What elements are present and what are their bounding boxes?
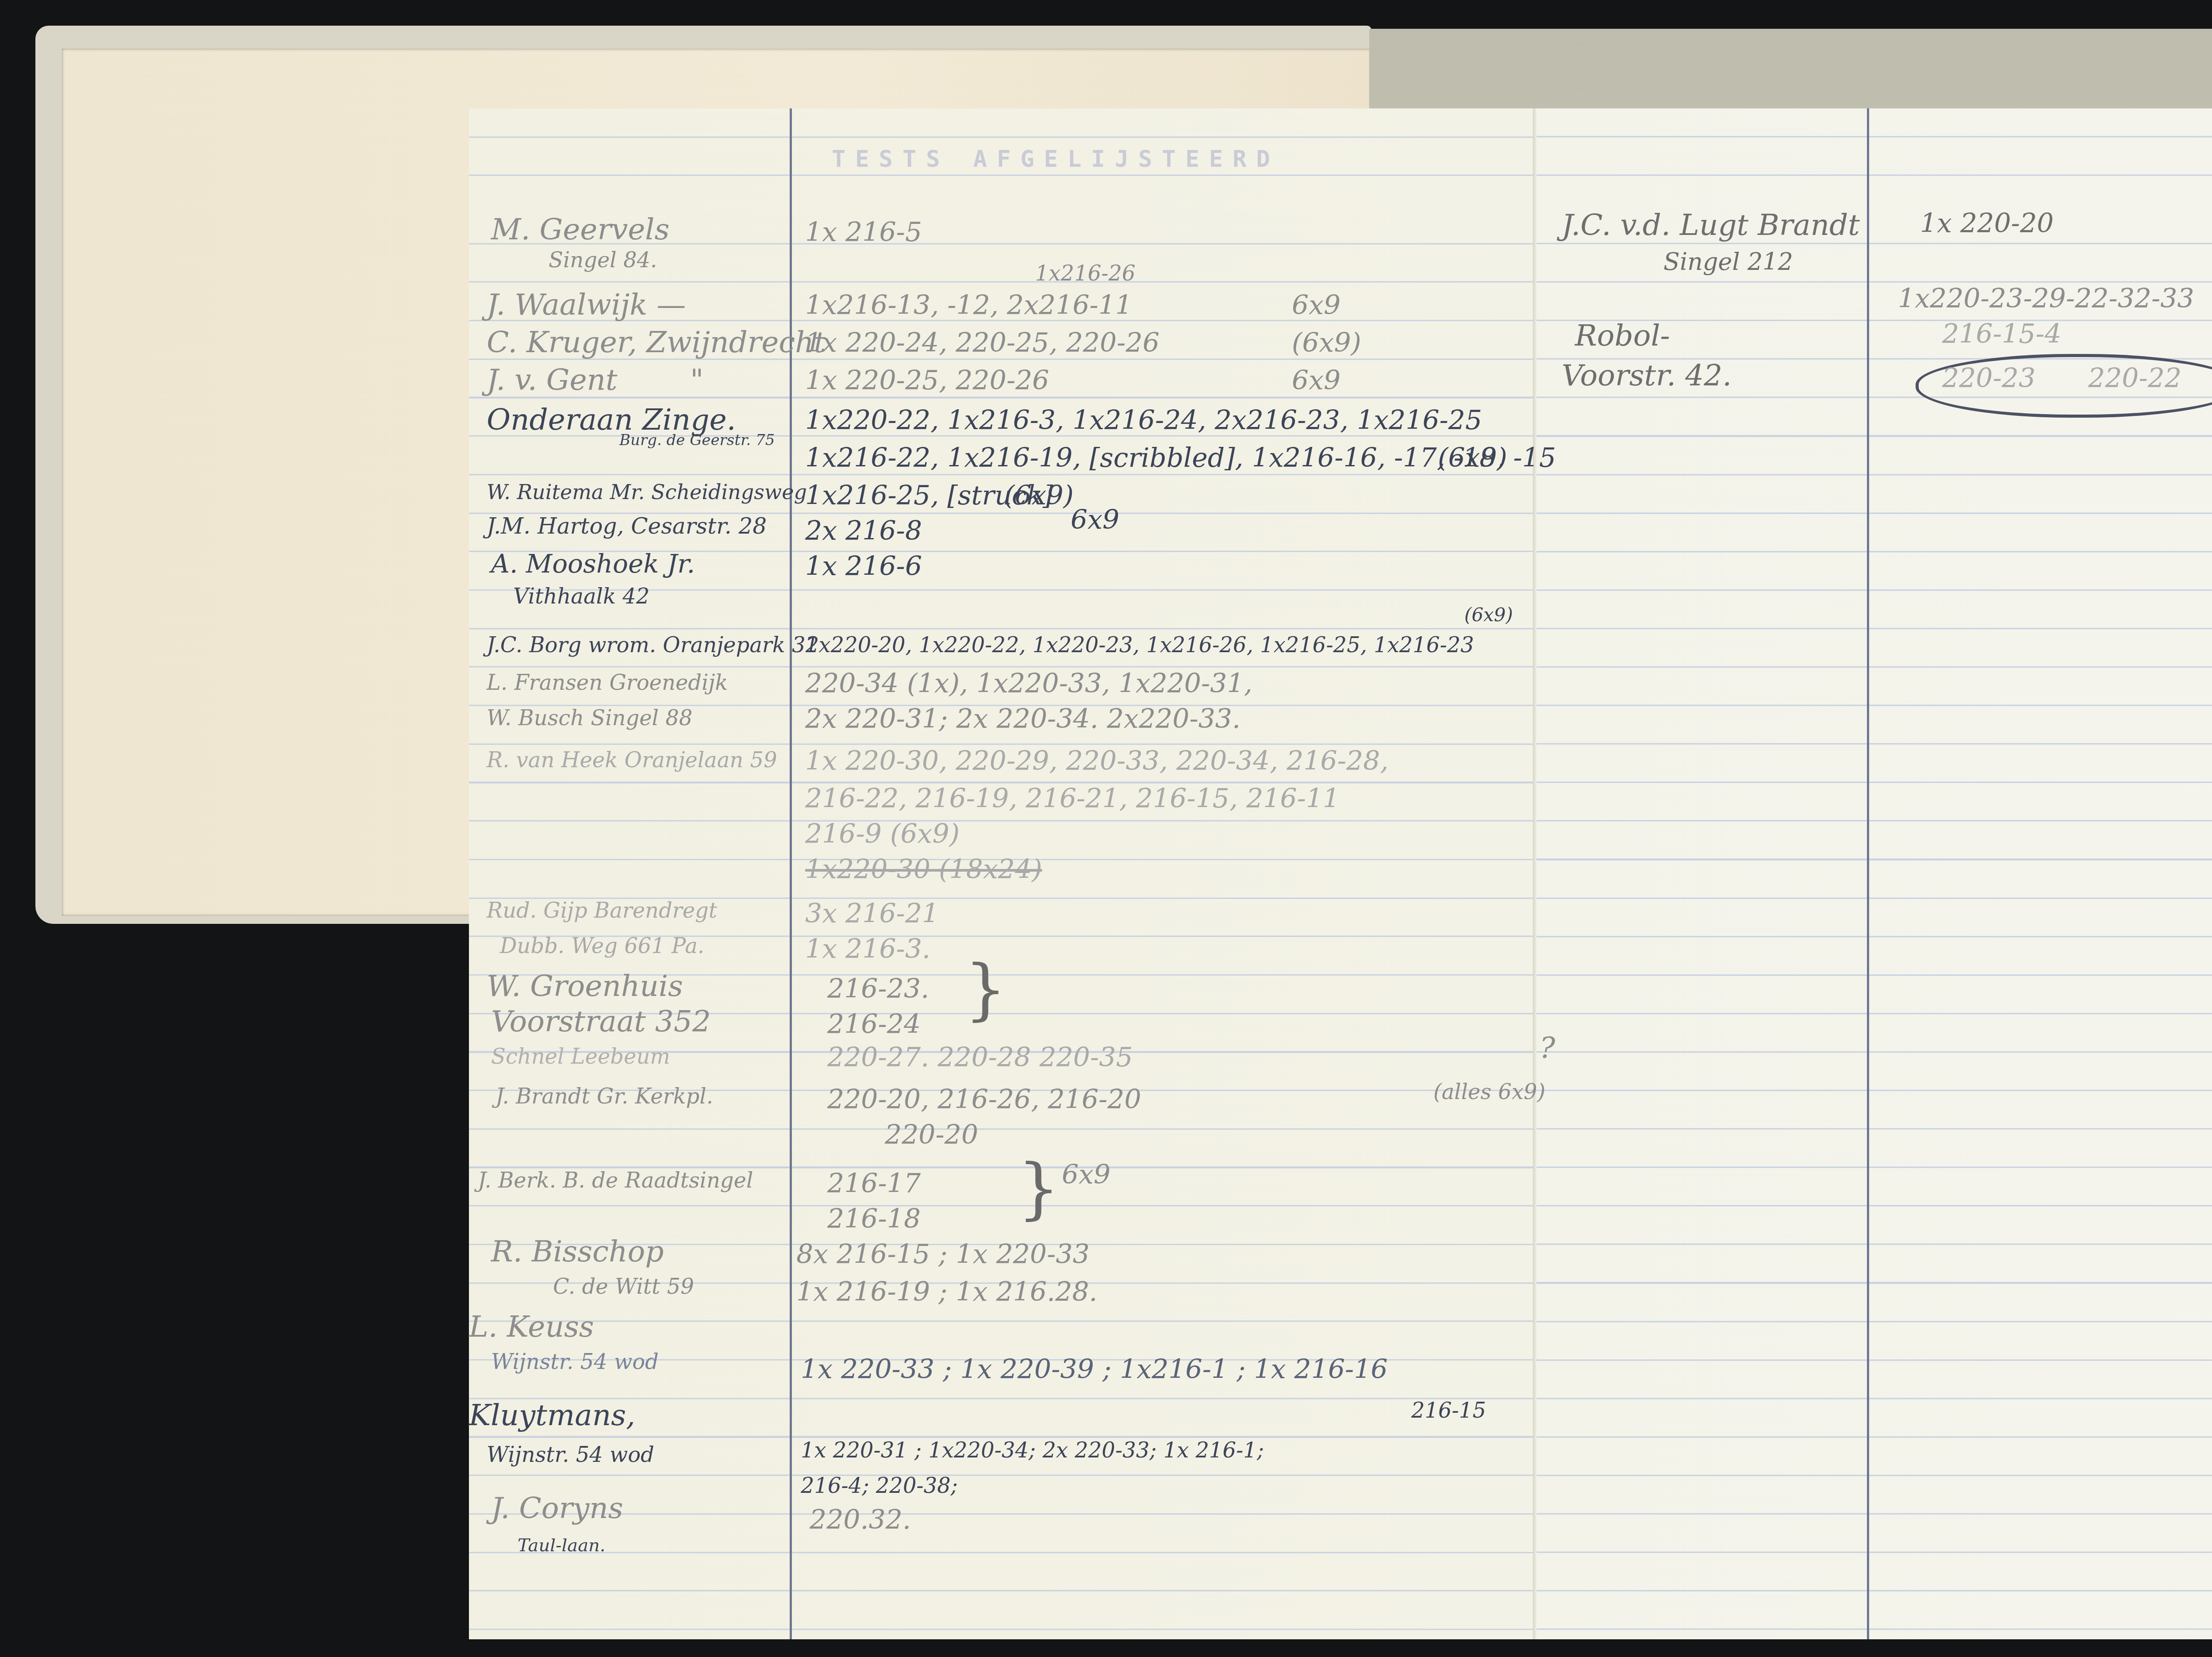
entry-order: 220-27. 220-28 220-35 [827,1042,1133,1073]
entry-name: J.M. Hartog, Cesarstr. 28 [487,513,767,539]
entry-order: 8x 216-15 ; 1x 220-33 [796,1239,1090,1270]
entry-order: 2x 220-31; 2x 220-34. 2x220-33. [805,704,1240,734]
entry-order: 220.32. [810,1504,911,1535]
entry-order: 216-24 [827,1009,921,1040]
entry-address: Burg. de Geerstr. 75 [619,431,775,449]
entry-superscript: 216-15 [1411,1398,1486,1423]
entry-address: Voorstraat 352 [491,1004,711,1038]
entry-name: J. Waalwijk — [487,288,686,322]
entry-address: Dubb. Weg 661 Pa. [500,934,704,958]
entry-order: 216-15-4 [1942,319,2062,350]
entry-name: J. Brandt Gr. Kerkpl. [495,1084,713,1109]
entry-note: 6x9 [1292,290,1340,321]
circled-order: 220-22 [2088,363,2181,394]
entry-struck-order: 1x220-30 (18x24) [805,854,1042,885]
entry-name: J.C. v.d. Lugt Brandt [1562,208,1860,242]
entry-address: Wijnstr. 54 wod [487,1442,654,1467]
entry-order: 1x 216-3. [805,934,930,965]
entry-address: Singel 212 [1663,248,1793,276]
entry-order: 1x220-20, 1x220-22, 1x220-23, 1x216-26, … [805,633,1474,657]
entry-order: 1x 220-24, 220-25, 220-26 [805,327,1160,358]
entry-note: 6x9 [1292,365,1340,396]
entry-name: J. Berk. B. de Raadtsingel [478,1168,753,1193]
entry-order: 220-20 [885,1119,978,1150]
entry-name: R. Bisschop [491,1234,664,1269]
circled-order: 220-23 [1942,363,2035,394]
right-page-margin-line [1867,108,1869,1639]
entry-order: 1x 220-33 ; 1x 220-39 ; 1x216-1 ; 1x 216… [801,1354,1388,1385]
entry-address: C. de Witt 59 [553,1274,694,1299]
entry-address: Vithhaalk 42 [513,584,649,609]
entry-order: 216-22, 216-19, 216-21, 216-15, 216-11 [805,783,1340,814]
grouping-brace: } [964,951,1006,1028]
entry-name: C. Kruger, Zwijndrecht [487,325,826,359]
entry-order: 3x 216-21 [805,898,939,929]
entry-note: 6x9 [1062,1159,1110,1190]
entry-order: 1x 220-25, 220-26 [805,365,1049,396]
entry-order: 1x216-13, -12, 2x216-11 [805,290,1132,321]
page-fold [1533,108,1536,1639]
entry-order: 216-4; 220-38; [801,1473,958,1498]
entry-order: 1x 216-19 ; 1x 216.28. [796,1276,1098,1307]
entry-order: 2x 216-8 [805,515,922,546]
entry-order: 216-18 [827,1203,921,1234]
entry-order: 216-9 (6x9) [805,819,960,850]
entry-address: " [690,363,703,397]
entry-order: 1x220-23-29-22-32-33 [1898,283,2194,314]
grouping-brace: } [1018,1150,1060,1227]
entry-order: 1x 216-5 [805,217,922,248]
entry-name: L. Keuss [469,1310,594,1344]
entry-order: 1x220-22, 1x216-3, 1x216-24, 2x216-23, 1… [805,405,1482,436]
entry-name: J. Coryns [491,1491,623,1525]
entry-note: (6x9) [1004,480,1074,511]
entry-note: (alles 6x9) [1433,1080,1545,1104]
entry-name: A. Mooshoek Jr. [491,549,695,579]
entry-order: 220-34 (1x), 1x220-33, 1x220-31, [805,668,1252,699]
entry-order: 216-23. [827,973,929,1004]
entry-note: 6x9 [1071,504,1119,535]
question-mark: ? [1540,1031,1555,1065]
entry-order: 1x 220-30, 220-29, 220-33, 220-34, 216-2… [805,746,1388,777]
entry-superscript: 1x216-26 [1035,261,1136,286]
entry-name: R. van Heek Oranjelaan 59 [487,748,777,773]
entry-name: W. Ruitema Mr. Scheidingsweg [487,480,807,504]
entry-order: 216-17 [827,1168,921,1199]
entry-note: (6x9) [1438,442,1507,473]
entry-name: M. Geervels [491,212,669,246]
printed-header-faded: TESTS AFGELIJSTEERD [832,146,1280,173]
entry-name: J.C. Borg wrom. Oranjepark 32 [487,633,819,657]
entry-name: W. Busch Singel 88 [487,706,692,730]
entry-name: Kluytmans, [469,1398,635,1432]
entry-order: 1x 220-31 ; 1x220-34; 2x 220-33; 1x 216-… [801,1438,1264,1463]
entry-name: Robol- [1575,319,1670,353]
entry-order: 220-20, 216-26, 216-20 [827,1084,1141,1115]
entry-note: (6x9) [1292,327,1361,358]
entry-order: 1x 220-20 [1920,208,2054,239]
entry-name: L. Fransen Groenedijk [487,670,728,695]
entry-address: Taul-laan. [518,1535,605,1556]
entry-name: Rud. Gijp Barendregt [487,898,717,923]
entry-address: Singel 84. [549,248,657,273]
entry-address: Voorstr. 42. [1562,358,1732,392]
entry-address: Wijnstr. 54 wod [491,1349,659,1374]
entry-name: Schnel Leebeum [491,1044,670,1069]
entry-order: 1x 216-6 [805,551,922,582]
entry-note: (6x9) [1464,604,1513,626]
entry-name: W. Groenhuis [487,969,683,1003]
entry-name: J. v. Gent [487,363,618,397]
